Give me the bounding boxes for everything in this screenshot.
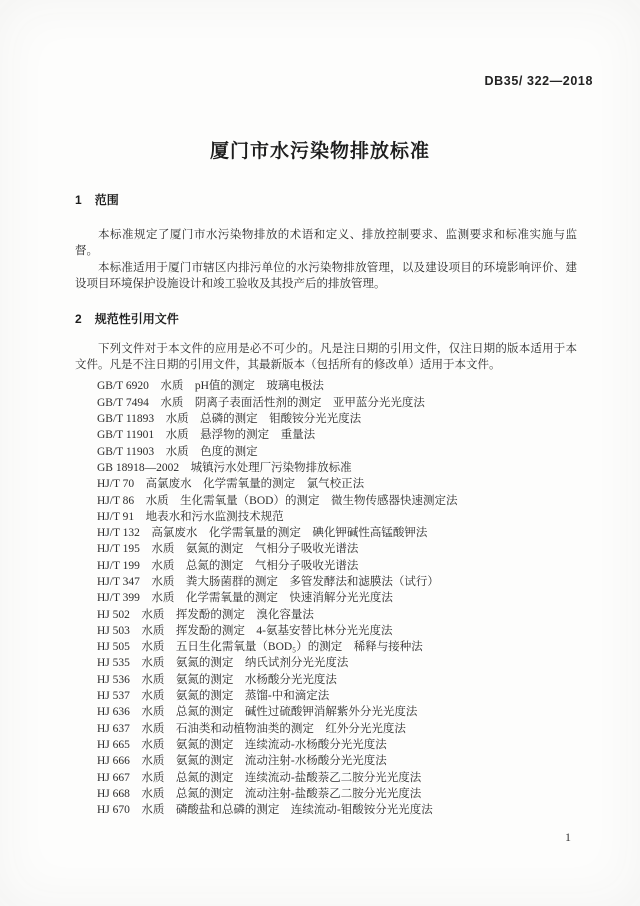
reference-item: HJ 502 水质 挥发酚的测定 溴化容量法 [97, 607, 577, 623]
reference-item: HJ 537 水质 氨氮的测定 蒸馏-中和滴定法 [97, 688, 577, 704]
reference-list: GB/T 6920 水质 pH值的测定 玻璃电极法 GB/T 7494 水质 阴… [75, 378, 577, 818]
reference-item: HJ 665 水质 氨氮的测定 连续流动-水杨酸分光光度法 [97, 737, 577, 753]
section-1-paragraph: 本标准规定了厦门市水污染物排放的术语和定义、排放控制要求、监测要求和标准实施与监… [75, 227, 577, 260]
reference-item: GB/T 11903 水质 色度的测定 [97, 444, 577, 460]
reference-item: HJ/T 195 水质 氨氮的测定 气相分子吸收光谱法 [97, 541, 577, 557]
reference-item: HJ/T 199 水质 总氮的测定 气相分子吸收光谱法 [97, 558, 577, 574]
page-number: 1 [565, 830, 571, 845]
document-page: DB35/ 322—2018 厦门市水污染物排放标准 1范围 本标准规定了厦门市… [0, 0, 640, 906]
standard-code-header: DB35/ 322—2018 [485, 74, 593, 88]
reference-item: HJ 535 水质 氨氮的测定 纳氏试剂分光光度法 [97, 655, 577, 671]
document-title: 厦门市水污染物排放标准 [0, 136, 640, 163]
reference-item: HJ/T 132 高氯废水 化学需氧量的测定 碘化钾碱性高锰酸钾法 [97, 525, 577, 541]
reference-item: HJ 536 水质 氨氮的测定 水杨酸分光光度法 [97, 672, 577, 688]
reference-item: HJ 505 水质 五日生化需氧量（BOD₅）的测定 稀释与接种法 [97, 639, 577, 655]
reference-item: HJ 666 水质 氨氮的测定 流动注射-水杨酸分光光度法 [97, 753, 577, 769]
section-1-paragraph: 本标准适用于厦门市辖区内排污单位的水污染物排放管理，以及建设项目的环境影响评价、… [75, 260, 577, 293]
reference-item: HJ/T 91 地表水和污水监测技术规范 [97, 509, 577, 525]
document-body: 1范围 本标准规定了厦门市水污染物排放的术语和定义、排放控制要求、监测要求和标准… [75, 192, 577, 818]
section-2-heading: 2规范性引用文件 [75, 311, 577, 327]
section-2-paragraph: 下列文件对于本文件的应用是必不可少的。凡是注日期的引用文件，仅注日期的版本适用于… [75, 341, 577, 374]
reference-item: HJ 503 水质 挥发酚的测定 4-氨基安替比林分光光度法 [97, 623, 577, 639]
section-1-number: 1 [75, 192, 82, 208]
reference-item: GB/T 11901 水质 悬浮物的测定 重量法 [97, 427, 577, 443]
section-normative-references: 2规范性引用文件 下列文件对于本文件的应用是必不可少的。凡是注日期的引用文件，仅… [75, 311, 577, 819]
reference-item: HJ 670 水质 磷酸盐和总磷的测定 连续流动-钼酸铵分光光度法 [97, 802, 577, 818]
section-2-title: 规范性引用文件 [95, 312, 179, 326]
reference-item: HJ/T 70 高氯废水 化学需氧量的测定 氯气校正法 [97, 476, 577, 492]
reference-item: GB/T 7494 水质 阴离子表面活性剂的测定 亚甲蓝分光光度法 [97, 395, 577, 411]
reference-item: HJ 636 水质 总氮的测定 碱性过硫酸钾消解紫外分光光度法 [97, 704, 577, 720]
reference-item: HJ/T 399 水质 化学需氧量的测定 快速消解分光光度法 [97, 590, 577, 606]
reference-item: HJ 637 水质 石油类和动植物油类的测定 红外分光光度法 [97, 721, 577, 737]
reference-item: GB 18918—2002 城镇污水处理厂污染物排放标准 [97, 460, 577, 476]
reference-item: HJ 668 水质 总氮的测定 流动注射-盐酸萘乙二胺分光光度法 [97, 786, 577, 802]
section-1-title: 范围 [95, 193, 119, 207]
reference-item: GB/T 11893 水质 总磷的测定 钼酸铵分光光度法 [97, 411, 577, 427]
section-2-number: 2 [75, 311, 82, 327]
reference-item: HJ 667 水质 总氮的测定 连续流动-盐酸萘乙二胺分光光度法 [97, 770, 577, 786]
reference-item: HJ/T 86 水质 生化需氧量（BOD）的测定 微生物传感器快速测定法 [97, 493, 577, 509]
reference-item: HJ/T 347 水质 粪大肠菌群的测定 多管发酵法和滤膜法（试行） [97, 574, 577, 590]
reference-item: GB/T 6920 水质 pH值的测定 玻璃电极法 [97, 378, 577, 394]
section-scope: 1范围 本标准规定了厦门市水污染物排放的术语和定义、排放控制要求、监测要求和标准… [75, 192, 577, 293]
section-1-heading: 1范围 [75, 192, 577, 208]
